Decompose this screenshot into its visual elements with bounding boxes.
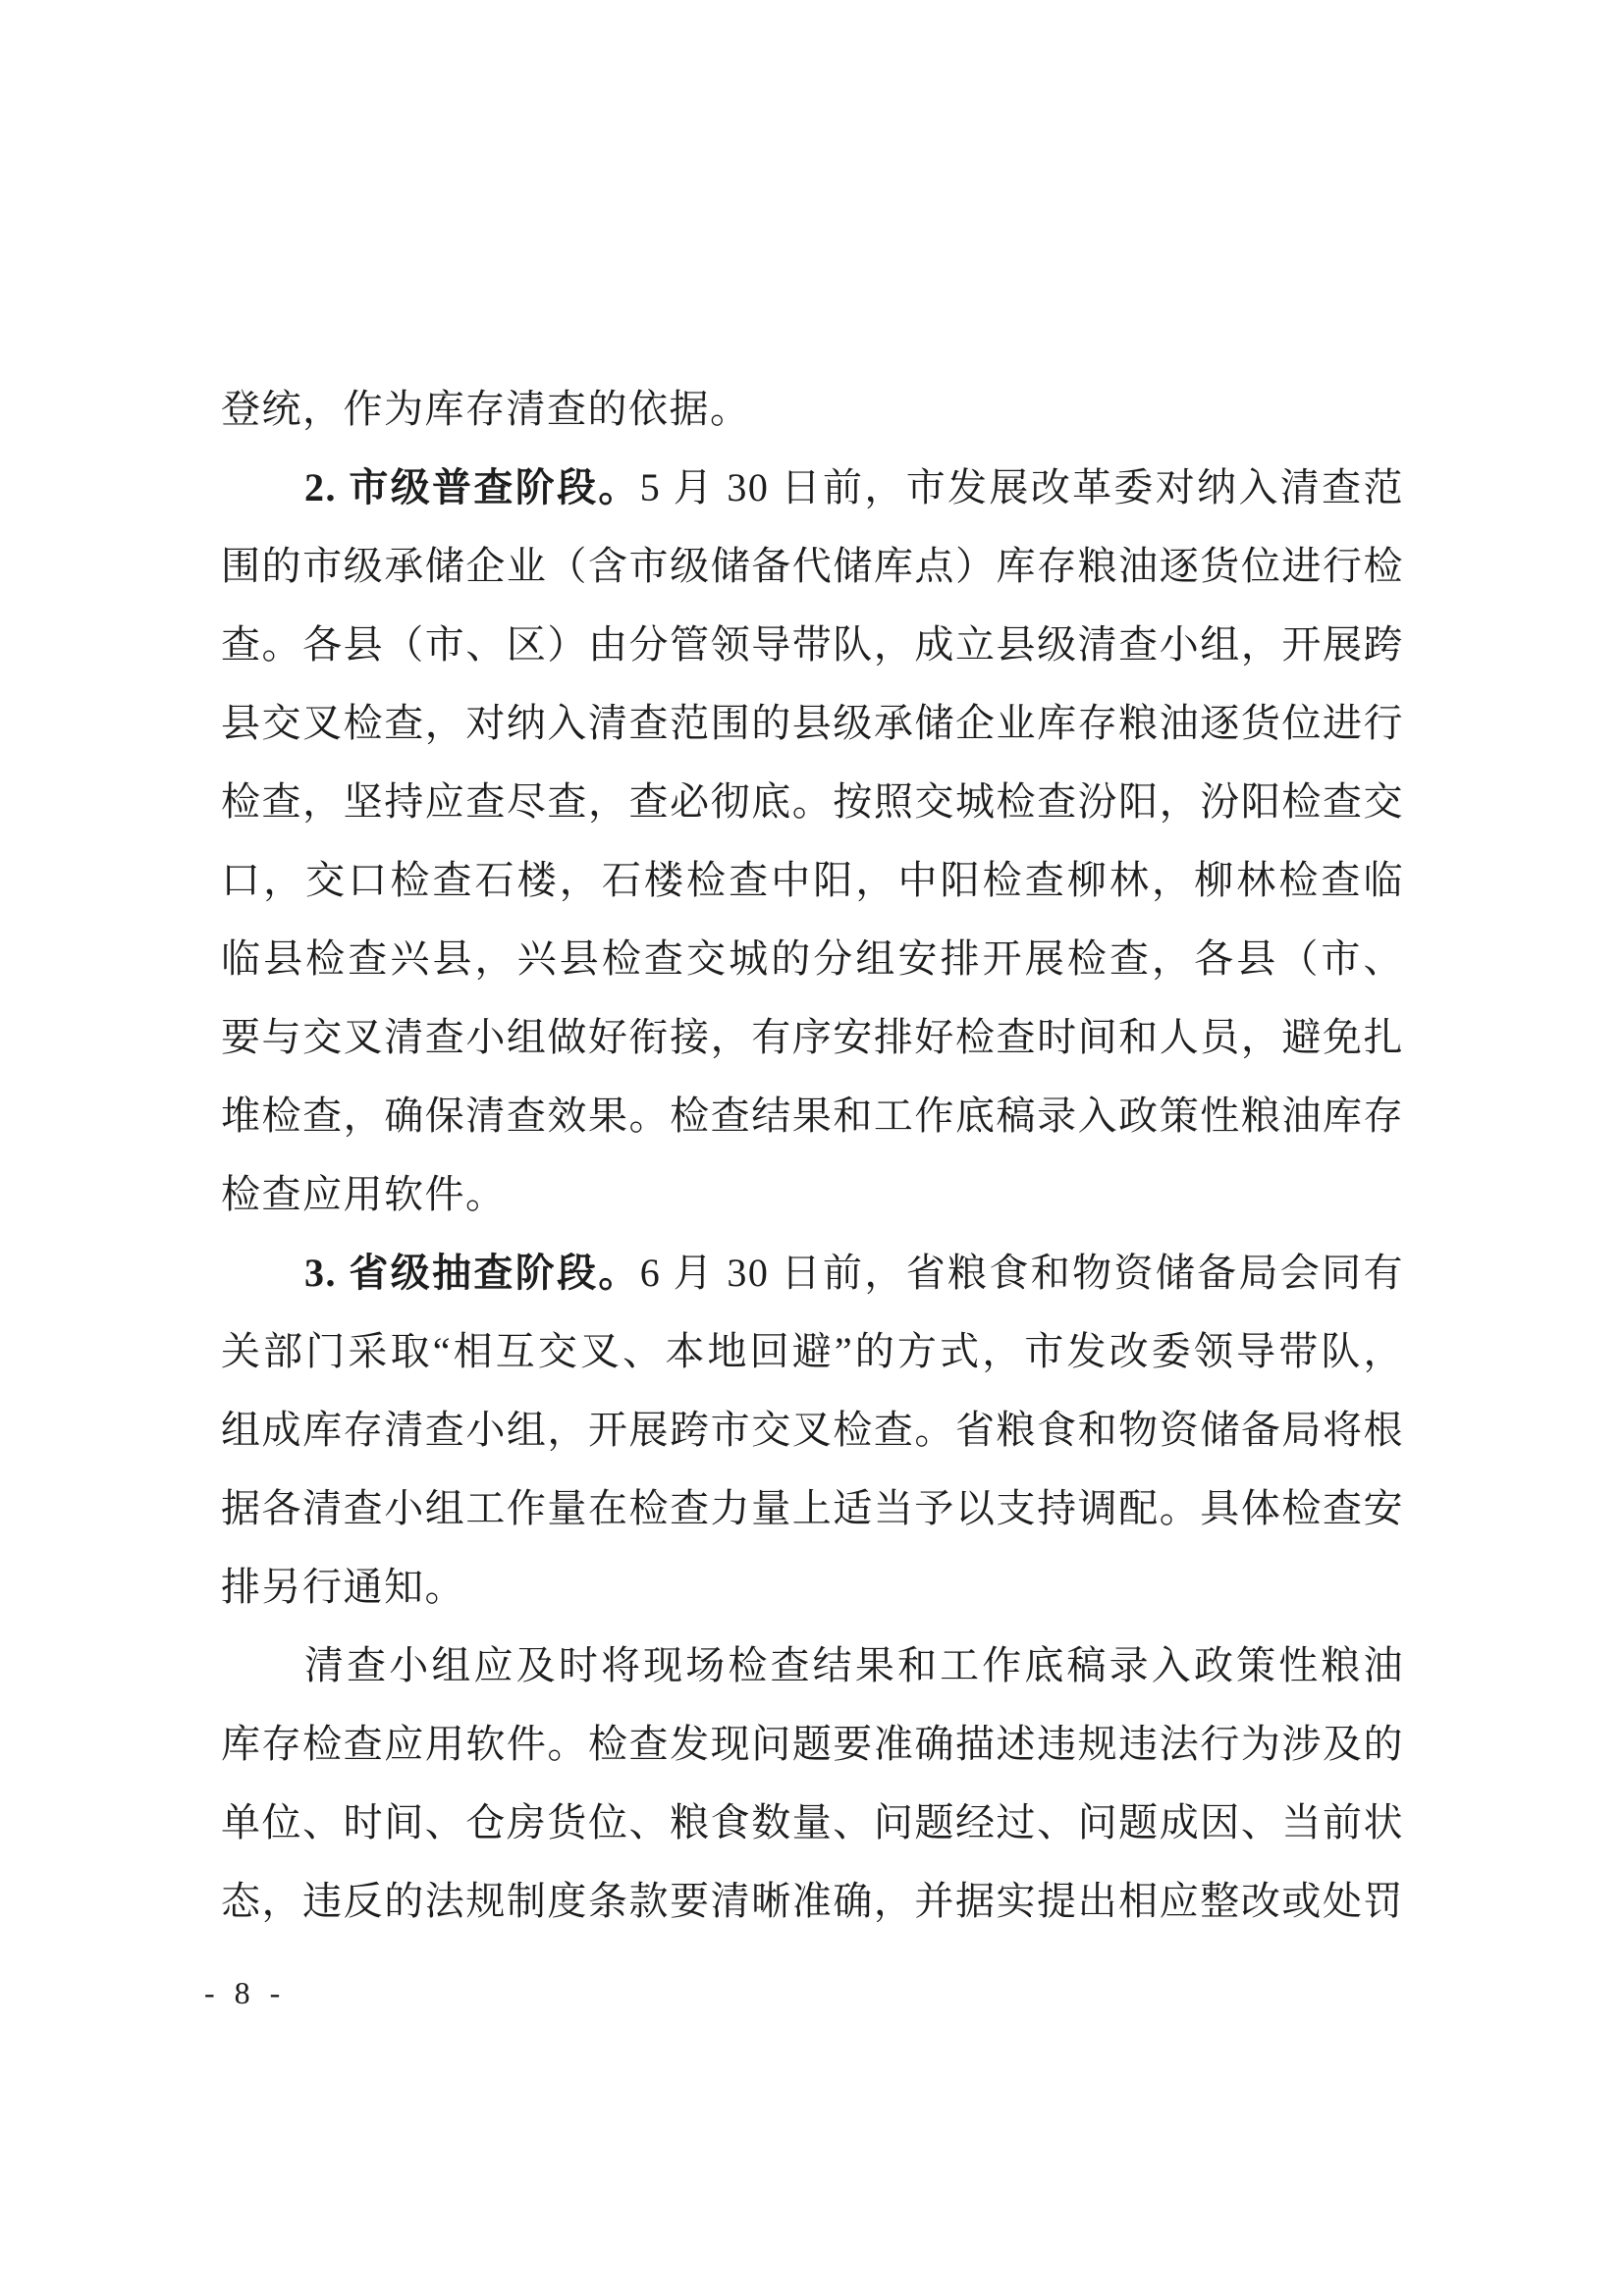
text-line: 口，交口检查石楼，石楼检查中阳，中阳检查柳林，柳林检查临县， — [221, 841, 1404, 920]
text-line: 3. 省级抽查阶段。6 月 30 日前，省粮食和物资储备局会同有 — [221, 1234, 1404, 1312]
body-text: 6 月 30 日前，省粮食和物资储备局会同有 — [640, 1251, 1404, 1295]
text-line: 单位、时间、仓房货位、粮食数量、问题经过、问题成因、当前状 — [221, 1784, 1404, 1862]
heading-text: 3. 省级抽查阶段。 — [304, 1251, 640, 1295]
document-page: 登统，作为库存清查的依据。2. 市级普查阶段。5 月 30 日前，市发展改革委对… — [0, 0, 1623, 2296]
text-line: 据各清查小组工作量在检查力量上适当予以支持调配。具体检查安 — [221, 1469, 1404, 1548]
body-text: 组成库存清查小组，开展跨市交叉检查。省粮食和物资储备局将根 — [221, 1408, 1404, 1452]
text-line: 堆检查，确保清查效果。检查结果和工作底稿录入政策性粮油库存 — [221, 1077, 1404, 1155]
text-line: 清查小组应及时将现场检查结果和工作底稿录入政策性粮油 — [221, 1627, 1404, 1705]
document-body: 登统，作为库存清查的依据。2. 市级普查阶段。5 月 30 日前，市发展改革委对… — [221, 370, 1404, 1941]
text-line: 临县检查兴县，兴县检查交城的分组安排开展检查，各县（市、区） — [221, 920, 1404, 998]
text-line: 要与交叉清查小组做好衔接，有序安排好检查时间和人员，避免扎 — [221, 998, 1404, 1077]
text-line: 县交叉检查，对纳入清查范围的县级承储企业库存粮油逐货位进行 — [221, 684, 1404, 763]
body-text: 检查，坚持应查尽查，查必彻底。按照交城检查汾阳，汾阳检查交 — [221, 779, 1404, 824]
body-text: 单位、时间、仓房货位、粮食数量、问题经过、问题成因、当前状 — [221, 1800, 1404, 1844]
text-line: 组成库存清查小组，开展跨市交叉检查。省粮食和物资储备局将根 — [221, 1391, 1404, 1469]
body-text: 检查应用软件。 — [221, 1172, 507, 1216]
body-text: 5 月 30 日前，市发展改革委对纳入清查范 — [640, 465, 1404, 509]
body-text: 要与交叉清查小组做好衔接，有序安排好检查时间和人员，避免扎 — [221, 1015, 1404, 1059]
text-line: 关部门采取“相互交叉、本地回避”的方式，市发改委领导带队， — [221, 1312, 1404, 1391]
text-line: 检查应用软件。 — [221, 1155, 1404, 1234]
body-text: 关部门采取“相互交叉、本地回避”的方式，市发改委领导带队， — [221, 1329, 1404, 1373]
body-text: 登统，作为库存清查的依据。 — [221, 387, 751, 431]
body-text: 临县检查兴县，兴县检查交城的分组安排开展检查，各县（市、区） — [221, 936, 1404, 998]
text-line: 排另行通知。 — [221, 1548, 1404, 1627]
text-line: 查。各县（市、区）由分管领导带队，成立县级清查小组，开展跨 — [221, 606, 1404, 684]
body-text: 据各清查小组工作量在检查力量上适当予以支持调配。具体检查安 — [221, 1486, 1404, 1530]
body-text: 排另行通知。 — [221, 1565, 465, 1609]
body-text: 围的市级承储企业（含市级储备代储库点）库存粮油逐货位进行检 — [221, 544, 1404, 588]
text-line: 围的市级承储企业（含市级储备代储库点）库存粮油逐货位进行检 — [221, 527, 1404, 606]
body-text: 堆检查，确保清查效果。检查结果和工作底稿录入政策性粮油库存 — [221, 1094, 1404, 1138]
body-text: 口，交口检查石楼，石楼检查中阳，中阳检查柳林，柳林检查临县， — [221, 858, 1404, 920]
text-line: 登统，作为库存清查的依据。 — [221, 370, 1404, 449]
body-text: 查。各县（市、区）由分管领导带队，成立县级清查小组，开展跨 — [221, 622, 1404, 667]
body-text: 清查小组应及时将现场检查结果和工作底稿录入政策性粮油 — [304, 1643, 1404, 1687]
body-text: 态，违反的法规制度条款要清晰准确，并据实提出相应整改或处罚 — [221, 1879, 1404, 1923]
body-text: 库存检查应用软件。检查发现问题要准确描述违规违法行为涉及的 — [221, 1722, 1404, 1766]
page-number: - 8 - — [204, 1971, 286, 2014]
heading-text: 2. 市级普查阶段。 — [304, 465, 640, 509]
text-line: 检查，坚持应查尽查，查必彻底。按照交城检查汾阳，汾阳检查交 — [221, 763, 1404, 841]
text-line: 态，违反的法规制度条款要清晰准确，并据实提出相应整改或处罚 — [221, 1862, 1404, 1941]
text-line: 库存检查应用软件。检查发现问题要准确描述违规违法行为涉及的 — [221, 1705, 1404, 1784]
text-line: 2. 市级普查阶段。5 月 30 日前，市发展改革委对纳入清查范 — [221, 449, 1404, 527]
body-text: 县交叉检查，对纳入清查范围的县级承储企业库存粮油逐货位进行 — [221, 701, 1404, 745]
